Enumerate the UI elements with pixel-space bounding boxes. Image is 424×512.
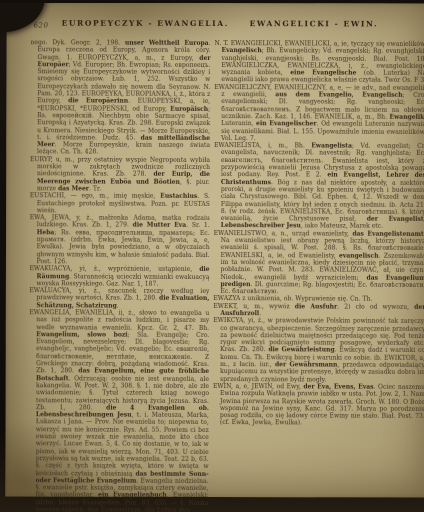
book-photo: 620 EUROPEYCZYK - EWANGELIA. EWANGELICKI… <box>0 0 424 512</box>
left-column: nego. Dyk. Geogr. 2, 198. unser Weltthei… <box>28 39 210 512</box>
dictionary-entry: EWANGELIA, EWANIELIA, ii, ż., słowo to e… <box>28 309 209 512</box>
dictionary-entry: EWEKT, u, m., wywóz die Ausfuhr. 2) cło … <box>213 303 424 319</box>
dictionary-entry: EWAKUACYA, yi, ż., wypróżnienie, ustąpie… <box>29 265 209 288</box>
text-columns: nego. Dyk. Geogr. 2, 198. unser Weltthei… <box>7 39 424 41</box>
dictionary-entry: EWA, JEWA, y, ż., małżonka Adama, matka … <box>30 214 210 266</box>
dictionary-entry: N. T. EWANGIELICKI, EWANIELICKI, a, ie, … <box>214 40 424 85</box>
dictionary-entry: EUSTACHI, — ego, m., imię męskie, Eustac… <box>30 192 210 215</box>
dictionary-entry: EURYP, u, m., przy ostatniey wyspie Negr… <box>30 156 210 193</box>
page-number: 620 <box>34 22 49 30</box>
dictionary-entry: EWIKCYA, yi, ż., w prawodawstwie Polskim… <box>213 317 424 384</box>
book-page: 620 EUROPEYCZYK - EWANGELIA. EWANGELICKI… <box>5 2 424 497</box>
dictionary-entry: EWANIELISTWO, a, n., urząd ewanielisty, … <box>213 230 424 297</box>
dictionary-entry: EWALUACYA, yi, ż., szacunek rzeczy wedłu… <box>29 287 209 310</box>
right-column: N. T. EWANGIELICKI, EWANIELICKI, a, ie, … <box>213 40 424 428</box>
top-edge-shadow <box>0 0 424 3</box>
dictionary-entry: EWIN, a, e, JEWIN, od Ewy, der Eva, Even… <box>213 383 424 428</box>
dictionary-entry: EWANGIELICZNY, EWANIELICZNY, a, e, — ie … <box>214 84 424 143</box>
dictionary-entry: nego. Dyk. Geogr. 2, 198. unser Weltthei… <box>30 39 211 157</box>
running-head-right: EWANGELICKI - EWIN. <box>250 19 379 28</box>
running-head-left: EUROPEYCZYK - EWANGELIA. <box>62 19 229 28</box>
dictionary-entry: EWANIELISTA, i, m., Bh. Ewangelista; Vd.… <box>214 142 424 230</box>
running-header: 620 EUROPEYCZYK - EWANGELIA. EWANGELICKI… <box>7 18 424 33</box>
